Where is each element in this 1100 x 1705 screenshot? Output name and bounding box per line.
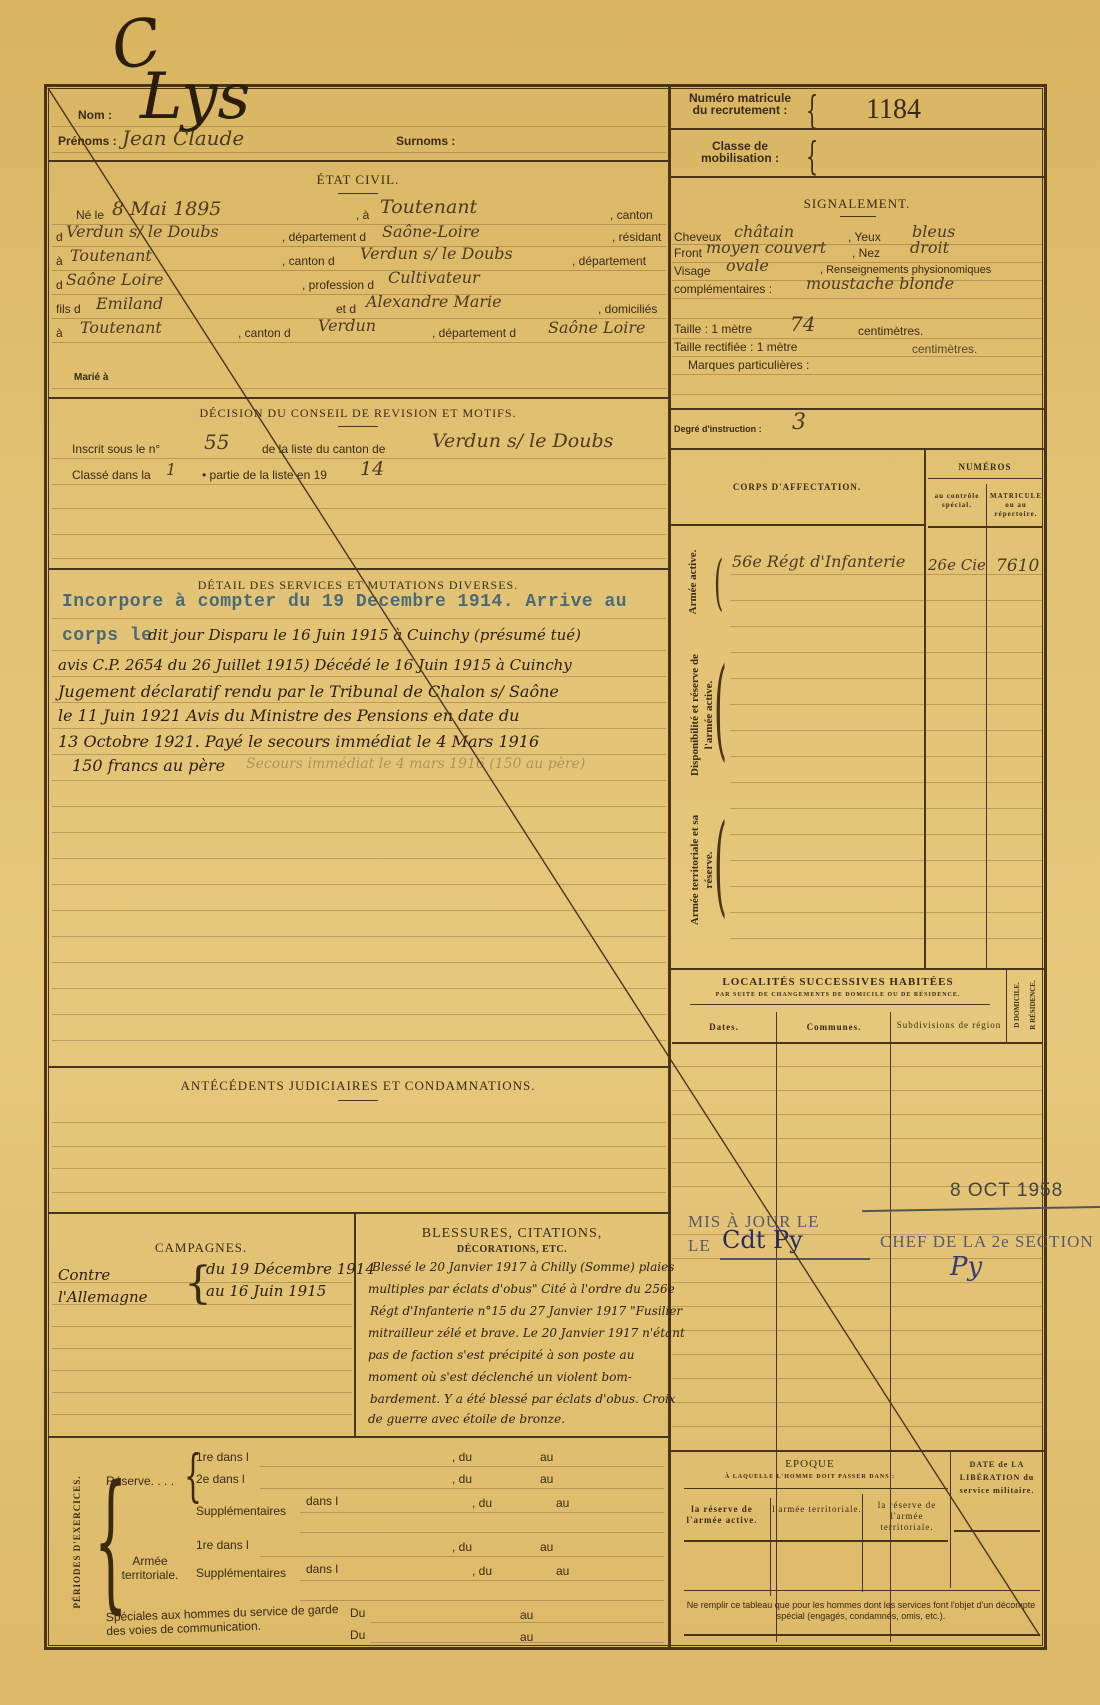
decision-title: DÉCISION DU CONSEIL DE REVISION ET MOTIF…: [48, 406, 668, 421]
departement3-label: , département d: [432, 326, 516, 340]
services-title: DÉTAIL DES SERVICES ET MUTATIONS DIVERSE…: [48, 578, 668, 593]
classe-mobilisation-label: Classe de mobilisation :: [680, 140, 800, 164]
regiment-value: 56e Régt d'Infanterie: [732, 552, 905, 571]
localites-col-dates: Dates.: [672, 1022, 776, 1032]
et-d-label: et d: [336, 302, 356, 316]
residant-a-value: Toutenant: [70, 246, 152, 265]
column-divider: [668, 86, 671, 1648]
partie-label: • partie de la liste en 19: [202, 468, 327, 482]
visage-label: Visage: [674, 264, 710, 278]
epoque-title: EPOQUE: [670, 1458, 950, 1470]
inscrit-value: 55: [204, 430, 229, 454]
chef-section-label: CHEF DE LA 2e SECTION: [880, 1232, 1094, 1252]
centimetres2-label: centimètres.: [912, 342, 977, 356]
disponibilite-brace: (: [714, 644, 727, 772]
reserve-label: Réserve. . . .: [106, 1474, 174, 1488]
domicile-a-value: Toutenant: [80, 318, 162, 337]
services-line-1: dit jour Disparu le 16 Juin 1915 à Cuinc…: [148, 626, 581, 644]
classe-brace: {: [806, 134, 818, 178]
territoriale-label: Armée territoriale et sa réserve.: [688, 800, 716, 940]
blessures-line-2: multiples par éclats d'obus" Cité à l'or…: [368, 1282, 675, 1296]
reserve-1re-label: 1re dans l: [196, 1450, 249, 1464]
visage-value: ovale: [726, 256, 769, 275]
matricule-label: Numéro matricule du recrutement :: [680, 92, 800, 116]
etat-civil-title: ÉTAT CIVIL.: [48, 172, 668, 188]
blessures-title: BLESSURES, CITATIONS,: [356, 1226, 668, 1242]
blessures-subtitle: DÉCORATIONS, ETC.: [356, 1244, 668, 1255]
terr-1re-du: , du: [452, 1540, 472, 1554]
services-faint-line: Secours immédiat le 4 mars 1916 (150 au …: [246, 756, 585, 772]
signalement-title: SIGNALEMENT.: [670, 196, 1044, 212]
residant-label: , résidant: [612, 230, 661, 244]
localites-col-subdivisions: Subdivisions de région: [892, 1020, 1006, 1030]
terr-supp-au: au: [556, 1564, 569, 1578]
matricule-repertoire-label: MATRICULE ou au répertoire.: [988, 492, 1044, 519]
complementaires-value: moustache blonde: [806, 274, 954, 293]
prenoms-label: Prénoms :: [58, 134, 117, 148]
incorporation-stamp-line1: Incorpore à compter du 19 Decembre 1914.…: [62, 592, 627, 612]
services-line-5: 13 Octobre 1921. Payé le secours immédia…: [58, 732, 539, 751]
terr-supp-du: , du: [472, 1564, 492, 1578]
prenoms-value: Jean Claude: [122, 126, 244, 150]
ne-le-label: Né le: [76, 208, 104, 222]
date-liberation-title: DATE de LA LIBÉRATION du service militai…: [952, 1458, 1042, 1497]
reserve-supp-dans: dans l: [306, 1494, 338, 1508]
reserve-2e-label: 2e dans l: [196, 1472, 245, 1486]
centimetres-label: centimètres.: [858, 324, 923, 338]
nez-label: , Nez: [852, 246, 880, 260]
blessures-line-6: moment où s'est déclenché un violent bom…: [368, 1370, 632, 1384]
reserve-1re-du: , du: [452, 1450, 472, 1464]
reserve-supp-au: au: [556, 1496, 569, 1510]
departement2-value: Saône Loire: [66, 270, 163, 289]
canton3-label: , canton d: [238, 326, 291, 340]
departement-value: Saône-Loire: [382, 222, 480, 241]
epoque-subtitle: À LAQUELLE L'HOMME DOIT PASSER DANS :: [670, 1474, 950, 1480]
epoque-note: Ne remplir ce tableau que pour les homme…: [686, 1600, 1036, 1622]
matricule-repertoire-value: 7610: [996, 556, 1039, 576]
canton2-value: Verdun s/ le Doubs: [360, 244, 513, 263]
epoque-col-territoriale: l'armée territoriale.: [772, 1504, 862, 1515]
le-label: LE: [688, 1236, 711, 1256]
reserve-2e-au: au: [540, 1472, 553, 1486]
controle-label: au contrôle spécial.: [928, 492, 986, 510]
services-line-3: Jugement déclaratif rendu par le Tribuna…: [58, 682, 559, 701]
corps-title: CORPS D'AFFECTATION.: [670, 482, 924, 492]
reserve-1re-au: au: [540, 1450, 553, 1464]
front-label: Front: [674, 246, 702, 260]
reserve-supp-du: , du: [472, 1496, 492, 1510]
le-value: Cdt Py: [722, 1226, 803, 1254]
numeros-title: NUMÉROS: [926, 462, 1044, 472]
profession-label: , profession d: [302, 278, 374, 292]
controle-value: 26e Cie: [928, 556, 986, 574]
epoque-col-reserve-terr: la réserve de l'armée territoriale.: [864, 1500, 950, 1533]
a-label: , à: [356, 208, 369, 222]
periodes-side-label: PÉRIODES D'EXERCICES.: [70, 1472, 84, 1612]
incorporation-stamp-line2: corps le: [62, 626, 152, 646]
residant-a-prefix: à: [56, 254, 63, 268]
nom-value: Lys: [140, 60, 250, 134]
localites-title: LOCALITÉS SUCCESSIVES HABITÉES: [670, 976, 1006, 988]
territoriale-brace: (: [714, 800, 727, 928]
speciales-du-1: Du: [350, 1606, 365, 1620]
localites-col-communes: Communes.: [778, 1022, 890, 1032]
matricule-brace: {: [806, 88, 818, 132]
departement2-label: , département: [572, 254, 646, 268]
classe-dans-value: 1: [166, 460, 176, 479]
terr-1re-au: au: [540, 1540, 553, 1554]
departement2-prefix: d: [56, 278, 63, 292]
marie-label: Marié à: [74, 372, 108, 383]
yeux-label: , Yeux: [848, 230, 881, 244]
fils-label: fils d: [56, 302, 81, 316]
update-date-stamp: 8 OCT 1958: [950, 1180, 1063, 1202]
departement3-value: Saône Loire: [548, 318, 645, 337]
canton-label: , canton: [610, 208, 653, 222]
periodes-brace: {: [94, 1466, 127, 1616]
profession-value: Cultivateur: [388, 268, 480, 287]
speciales-au-1: au: [520, 1608, 533, 1622]
armee-active-label: Armée active.: [686, 542, 700, 622]
services-line-6: 150 francs au père: [72, 756, 225, 775]
liste-label: de la liste du canton de: [262, 442, 385, 456]
canton-d-prefix: d: [56, 230, 63, 244]
domicile-a-prefix: à: [56, 326, 63, 340]
ne-le-value: 8 Mai 1895: [112, 198, 221, 220]
blessures-line-5: pas de faction s'est précipité à son pos…: [368, 1348, 634, 1362]
domicilies-label: , domiciliés: [598, 302, 657, 316]
complementaires-label: complémentaires :: [674, 282, 772, 296]
taille-rect-label: Taille rectifiée : 1 mètre: [674, 340, 797, 354]
terr-supp-label: Supplémentaires: [196, 1566, 286, 1580]
campagnes-du-value: du 19 Décembre 1914: [206, 1260, 375, 1278]
taille-label: Taille : 1 mètre: [674, 322, 752, 336]
degre-value: 3: [792, 410, 806, 435]
front-value: moyen couvert: [706, 238, 826, 257]
campagnes-title: CAMPAGNES.: [48, 1240, 354, 1256]
degre-label: Degré d'instruction :: [674, 424, 762, 434]
nom-label: Nom :: [78, 108, 112, 122]
services-line-4: le 11 Juin 1921 Avis du Ministre des Pen…: [58, 706, 519, 725]
blessures-line-4: mitrailleur zélé et brave. Le 20 Janvier…: [368, 1326, 685, 1340]
pere-value: Emiland: [96, 294, 163, 313]
localites-domicile-label: D DOMICILE.: [1010, 970, 1024, 1040]
matricule-value: 1184: [866, 94, 921, 126]
armee-active-brace: (: [714, 548, 723, 618]
blessures-line-8: de guerre avec étoile de bronze.: [368, 1412, 565, 1426]
antecedents-title: ANTÉCÉDENTS JUDICIAIRES ET CONDAMNATIONS…: [48, 1078, 668, 1094]
taille-value: 74: [790, 312, 815, 336]
mere-value: Alexandre Marie: [366, 292, 502, 311]
campagnes-contre-value: Contre l'Allemagne: [58, 1264, 178, 1308]
disponibilite-label: Disponibilité et réserve de l'armée acti…: [688, 640, 716, 790]
departement-label: , département d: [282, 230, 366, 244]
annee-value: 14: [360, 458, 384, 480]
terr-supp-dans: dans l: [306, 1562, 338, 1576]
canton2-label: , canton d: [282, 254, 335, 268]
campagnes-au-value: au 16 Juin 1915: [206, 1282, 326, 1300]
canton3-value: Verdun: [318, 316, 376, 335]
canton-value: Verdun s/ le Doubs: [66, 222, 219, 241]
epoque-col-reserve-active: la réserve de l'armée active.: [676, 1504, 768, 1526]
chef-signature: Py: [950, 1252, 982, 1282]
classe-dans-label: Classé dans la: [72, 468, 151, 482]
marques-label: Marques particulières :: [688, 358, 809, 372]
armee-terr-label: Armée territoriale.: [110, 1554, 190, 1582]
inscrit-label: Inscrit sous le n°: [72, 442, 160, 456]
reserve-2e-du: , du: [452, 1472, 472, 1486]
reserve-supp-label: Supplémentaires: [196, 1504, 286, 1518]
a-value: Toutenant: [380, 196, 477, 218]
localites-residence-label: R RÉSIDENCE.: [1026, 970, 1040, 1040]
liste-value: Verdun s/ le Doubs: [432, 430, 613, 452]
terr-1re-label: 1re dans l: [196, 1538, 249, 1552]
blessures-line-7: bardement. Y a été blessé par éclats d'o…: [370, 1392, 676, 1406]
nez-value: droit: [910, 238, 949, 257]
blessures-line-1: Blessé le 20 Janvier 1917 à Chilly (Somm…: [372, 1260, 674, 1274]
services-line-2: avis C.P. 2654 du 26 Juillet 1915) Décéd…: [58, 656, 572, 674]
localites-subtitle: PAR SUITE DE CHANGEMENTS DE DOMICILE OU …: [670, 992, 1006, 998]
blessures-line-3: Régt d'Infanterie n°15 du 27 Janvier 191…: [370, 1304, 682, 1318]
speciales-du-2: Du: [350, 1628, 365, 1642]
surnoms-label: Surnoms :: [396, 134, 455, 148]
